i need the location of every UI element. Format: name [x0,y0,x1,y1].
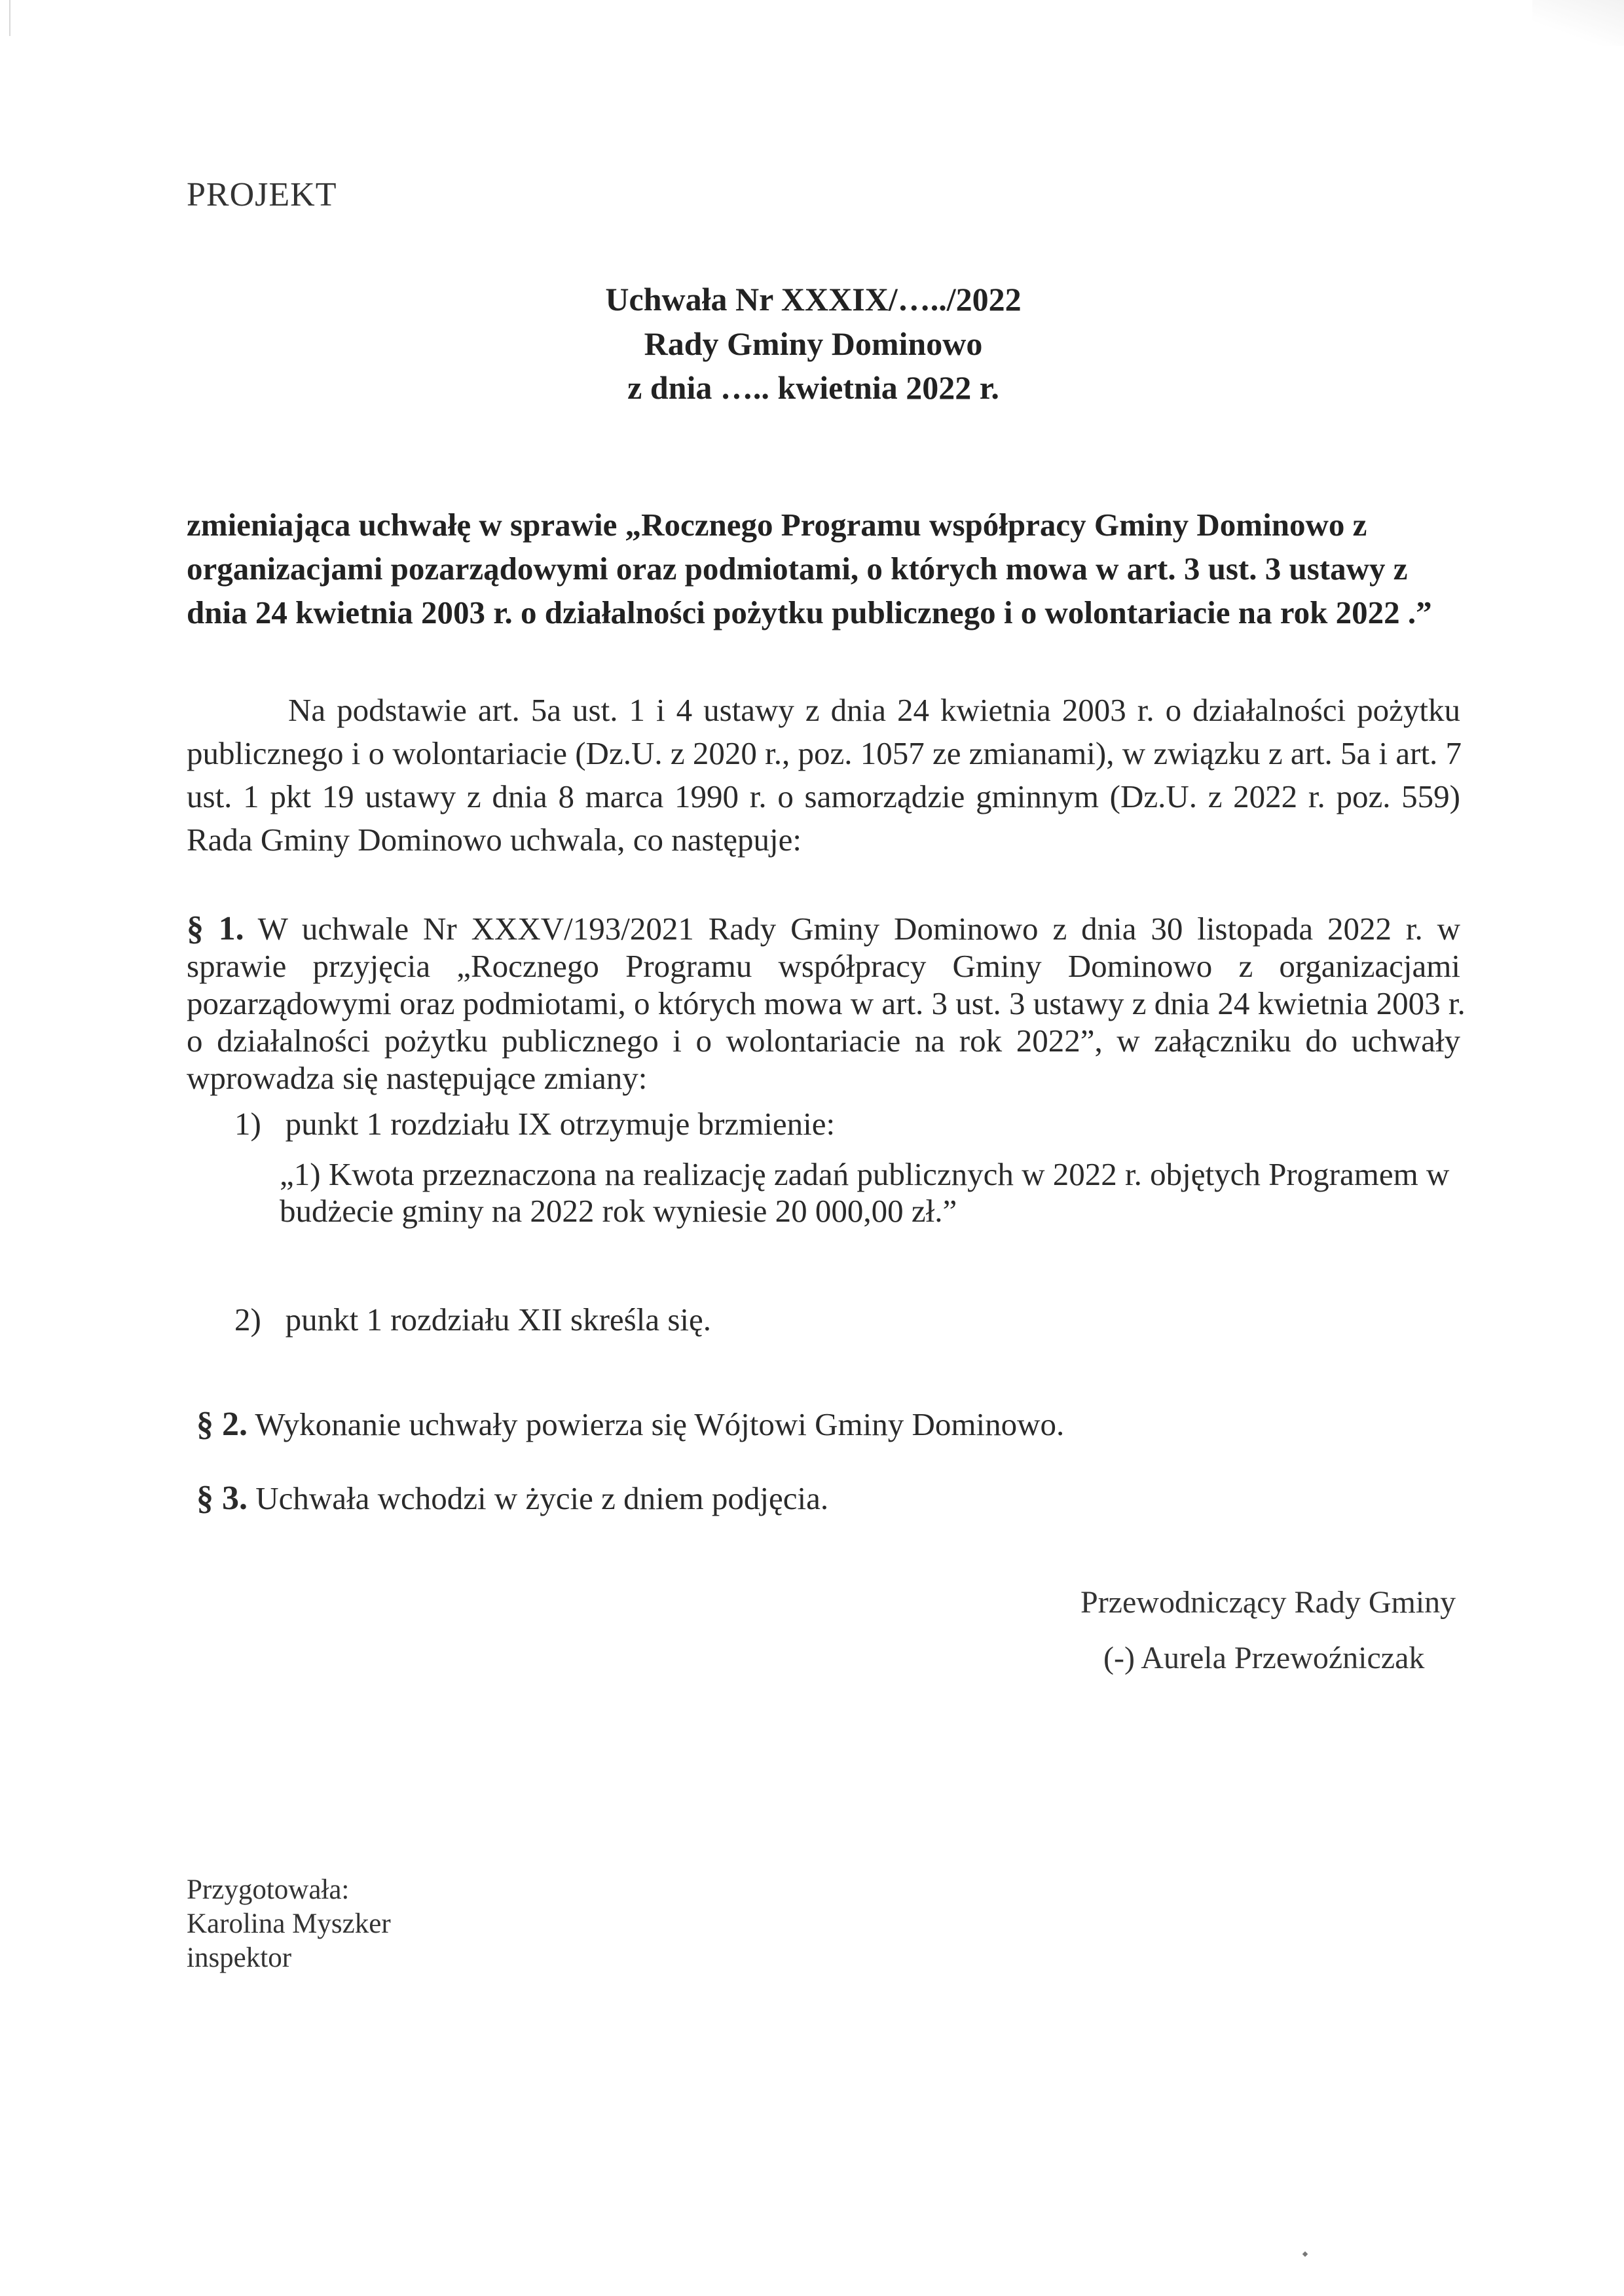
scan-artifact [9,0,10,36]
item-text: punkt 1 rozdziału IX otrzymuje brzmienie… [286,1106,836,1142]
amendment-item-1: 1) punkt 1 rozdziału IX otrzymuje brzmie… [234,1105,835,1142]
subject-line: organizacjami pozarządowymi oraz podmiot… [187,547,1470,591]
amendment-item-2: 2) punkt 1 rozdziału XII skreśla się. [234,1301,711,1338]
draft-label: PROJEKT [187,175,337,214]
section-1-line: wprowadza się następujące zmiany: [187,1059,1460,1097]
legal-basis-line: Rada Gminy Dominowo uchwala, co następuj… [187,818,1460,862]
section-3: § 3. Uchwała wchodzi w życie z dniem pod… [196,1479,828,1518]
amendment-quote: „1) Kwota przeznaczona na realizację zad… [280,1156,1462,1230]
resolution-number: Uchwała Nr XXXIX/…../2022 [0,280,1624,318]
item-number: 2) [234,1302,261,1338]
section-2: § 2. Wykonanie uchwały powierza się Wójt… [196,1405,1064,1444]
section-1-line: pozarządowymi oraz podmiotami, o których… [187,985,1460,1022]
prepared-by-label: Przygotowała: [187,1874,349,1906]
item-text: punkt 1 rozdziału XII skreśla się. [286,1302,711,1338]
resolution-date: z dnia ….. kwietnia 2022 r. [0,369,1624,407]
legal-basis-line: ust. 1 pkt 19 ustawy z dnia 8 marca 1990… [187,775,1460,818]
scan-artifact [1302,2251,1308,2257]
prepared-by-name: Karolina Myszker [187,1908,391,1940]
prepared-by-position: inspektor [187,1942,291,1974]
section-3-text: Uchwała wchodzi w życie z dniem podjęcia… [248,1480,828,1516]
signatory-name: (-) Aurela Przewoźniczak [1103,1640,1424,1676]
resolution-subject: zmieniająca uchwałę w sprawie „Rocznego … [187,503,1470,634]
subject-line: dnia 24 kwietnia 2003 r. o działalności … [187,591,1470,634]
subject-line: zmieniająca uchwałę w sprawie „Rocznego … [187,503,1470,547]
section-marker: § 2. [196,1406,248,1443]
section-1-line: sprawie przyjęcia „Rocznego Programu wsp… [187,947,1460,985]
section-1-text: W uchwale Nr XXXV/193/2021 Rady Gminy Do… [244,911,1460,947]
legal-basis-paragraph: Na podstawie art. 5a ust. 1 i 4 ustawy z… [187,689,1460,862]
legal-basis-line: Na podstawie art. 5a ust. 1 i 4 ustawy z… [187,689,1460,732]
scan-artifact [1532,0,1624,46]
section-1: § 1. W uchwale Nr XXXV/193/2021 Rady Gmi… [187,910,1460,1097]
item-number: 1) [234,1106,261,1142]
resolution-issuer: Rady Gminy Dominowo [0,325,1624,363]
section-1-line: o działalności pożytku publicznego i o w… [187,1022,1460,1059]
signatory-role: Przewodniczący Rady Gminy [1080,1584,1456,1620]
section-1-first-line: § 1. W uchwale Nr XXXV/193/2021 Rady Gmi… [187,910,1460,947]
section-marker: § 3. [196,1480,248,1517]
section-2-text: Wykonanie uchwały powierza się Wójtowi G… [248,1406,1064,1442]
legal-basis-line: publicznego i o wolontariacie (Dz.U. z 2… [187,732,1460,775]
document-page: PROJEKT Uchwała Nr XXXIX/…../2022 Rady G… [0,0,1624,2296]
section-marker: § 1. [187,910,244,947]
quote-line: „1) Kwota przeznaczona na realizację zad… [280,1156,1462,1193]
quote-line: budżecie gminy na 2022 rok wyniesie 20 0… [280,1193,1462,1230]
